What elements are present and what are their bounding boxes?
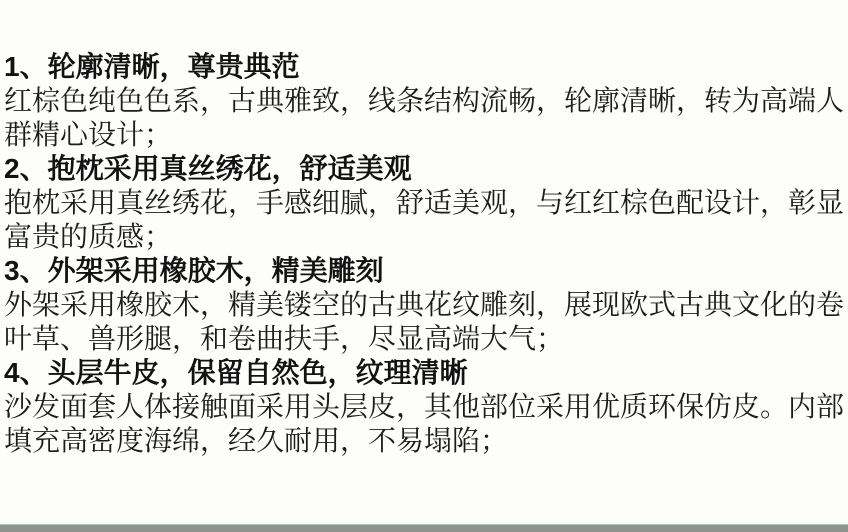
feature-heading-1: 1、轮廓清晰，尊贵典范 — [4, 50, 844, 84]
feature-body-2: 抱枕采用真丝绣花，手感细腻，舒适美观，与红红棕色配设计，彰显富贵的质感； — [4, 186, 844, 254]
feature-section-4: 4、头层牛皮，保留自然色，纹理清晰 沙发面套人体接触面采用头层皮，其他部位采用优… — [4, 356, 844, 458]
bottom-edge-bar — [0, 524, 848, 532]
feature-section-1: 1、轮廓清晰，尊贵典范 红棕色纯色色系，古典雅致，线条结构流畅，轮廓清晰，转为高… — [4, 50, 844, 152]
feature-body-4: 沙发面套人体接触面采用头层皮，其他部位采用优质环保仿皮。内部填充高密度海绵，经久… — [4, 390, 844, 458]
product-feature-list: 1、轮廓清晰，尊贵典范 红棕色纯色色系，古典雅致，线条结构流畅，轮廓清晰，转为高… — [4, 50, 844, 458]
feature-heading-4: 4、头层牛皮，保留自然色，纹理清晰 — [4, 356, 844, 390]
feature-heading-2: 2、抱枕采用真丝绣花，舒适美观 — [4, 152, 844, 186]
feature-section-3: 3、外架采用橡胶木，精美雕刻 外架采用橡胶木，精美镂空的古典花纹雕刻，展现欧式古… — [4, 254, 844, 356]
feature-heading-3: 3、外架采用橡胶木，精美雕刻 — [4, 254, 844, 288]
feature-section-2: 2、抱枕采用真丝绣花，舒适美观 抱枕采用真丝绣花，手感细腻，舒适美观，与红红棕色… — [4, 152, 844, 254]
feature-body-1: 红棕色纯色色系，古典雅致，线条结构流畅，轮廓清晰，转为高端人群精心设计； — [4, 84, 844, 152]
feature-body-3: 外架采用橡胶木，精美镂空的古典花纹雕刻，展现欧式古典文化的卷叶草、兽形腿，和卷曲… — [4, 288, 844, 356]
